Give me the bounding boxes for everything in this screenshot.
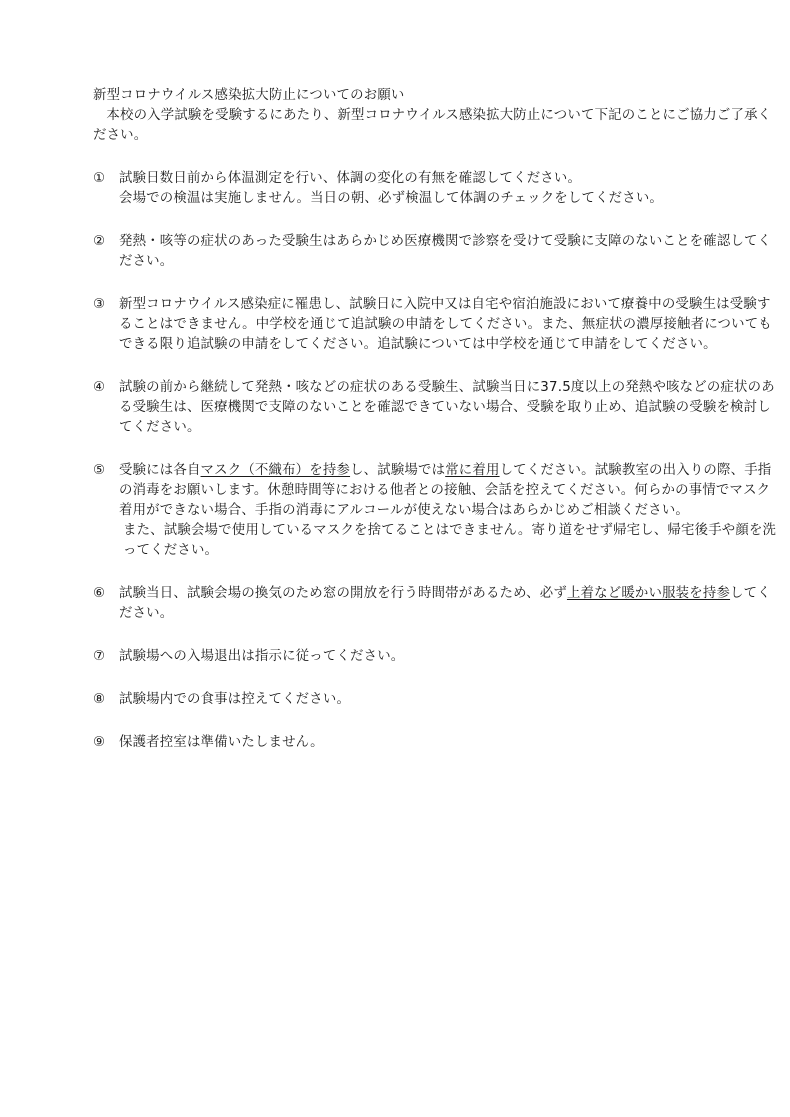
list-item: ⑤受験には各自マスク（不織布）を持参し、試験場では常に着用してください。試験教室… (93, 461, 783, 561)
list-item: ⑦試験場への入場退出は指示に従ってください。 (93, 647, 783, 667)
intro-paragraph: 本校の入学試験を受験するにあたり、新型コロナウイルス感染拡大防止について下記のこ… (93, 106, 783, 146)
text-segment: 発熱・咳等の症状のあった受験生はあらかじめ医療機関で診察を受けて受験に支障のない… (119, 234, 771, 269)
item-number: ④ (93, 378, 119, 438)
text-segment: し、試験場では (350, 463, 445, 478)
item-body: 試験の前から継続して発熱・咳などの症状のある受験生、試験当日に37.5度以上の発… (119, 378, 783, 438)
text-segment: 試験場への入場退出は指示に従ってください。 (119, 649, 404, 664)
text-segment: 受験には各自 (119, 463, 201, 478)
item-number: ⑨ (93, 733, 119, 753)
list-item: ④試験の前から継続して発熱・咳などの症状のある受験生、試験当日に37.5度以上の… (93, 378, 783, 438)
text-segment: 試験場内での食事は控えてください。 (119, 692, 350, 707)
item-body: 試験場内での食事は控えてください。 (119, 690, 783, 710)
text-segment: 会場での検温は実施しません。当日の朝、必ず検温して体調のチェックをしてください。 (119, 191, 663, 206)
document-page: 新型コロナウイルス感染拡大防止についてのお願い 本校の入学試験を受験するにあたり… (93, 86, 783, 776)
text-segment: 試験当日、試験会場の換気のため窓の開放を行う時間帯があるため、必ず (119, 586, 567, 601)
emphasized-text: 常に着用 (445, 463, 499, 478)
item-number: ① (93, 169, 119, 209)
list-item: ①試験日数日前から体温測定を行い、体調の変化の有無を確認してください。会場での検… (93, 169, 783, 209)
text-segment: 試験の前から継続して発熱・咳などの症状のある受験生、試験当日に37.5度以上の発… (119, 380, 775, 435)
item-body: 試験当日、試験会場の換気のため窓の開放を行う時間帯があるため、必ず上着など暖かい… (119, 584, 783, 624)
item-body: 保護者控室は準備いたしません。 (119, 733, 783, 753)
item-number: ⑧ (93, 690, 119, 710)
item-number: ③ (93, 295, 119, 355)
text-segment: 試験日数日前から体温測定を行い、体調の変化の有無を確認してください。 (119, 171, 581, 186)
text-segment: また、試験会場で使用しているマスクを捨てることはできません。寄り道をせず帰宅し、… (123, 523, 776, 558)
item-paragraph: 試験の前から継続して発熱・咳などの症状のある受験生、試験当日に37.5度以上の発… (119, 378, 783, 438)
item-body: 試験日数日前から体温測定を行い、体調の変化の有無を確認してください。会場での検温… (119, 169, 783, 209)
item-paragraph: 受験には各自マスク（不織布）を持参し、試験場では常に着用してください。試験教室の… (119, 461, 783, 521)
item-paragraph: また、試験会場で使用しているマスクを捨てることはできません。寄り道をせず帰宅し、… (119, 521, 783, 561)
item-paragraph: 発熱・咳等の症状のあった受験生はあらかじめ医療機関で診察を受けて受験に支障のない… (119, 232, 783, 272)
item-paragraph: 新型コロナウイルス感染症に罹患し、試験日に入院中又は自宅や宿泊施設において療養中… (119, 295, 783, 355)
item-number: ② (93, 232, 119, 272)
list-item: ⑥試験当日、試験会場の換気のため窓の開放を行う時間帯があるため、必ず上着など暖か… (93, 584, 783, 624)
item-paragraph: 試験場への入場退出は指示に従ってください。 (119, 647, 783, 667)
document-title: 新型コロナウイルス感染拡大防止についてのお願い (93, 86, 783, 106)
item-body: 試験場への入場退出は指示に従ってください。 (119, 647, 783, 667)
list-item: ⑧試験場内での食事は控えてください。 (93, 690, 783, 710)
item-body: 受験には各自マスク（不織布）を持参し、試験場では常に着用してください。試験教室の… (119, 461, 783, 561)
text-segment: 新型コロナウイルス感染症に罹患し、試験日に入院中又は自宅や宿泊施設において療養中… (119, 297, 772, 352)
item-paragraph: 試験日数日前から体温測定を行い、体調の変化の有無を確認してください。 (119, 169, 783, 189)
list-item: ③新型コロナウイルス感染症に罹患し、試験日に入院中又は自宅や宿泊施設において療養… (93, 295, 783, 355)
emphasized-text: マスク（不織布）を持参 (201, 463, 351, 478)
item-paragraph: 会場での検温は実施しません。当日の朝、必ず検温して体調のチェックをしてください。 (119, 189, 783, 209)
item-paragraph: 試験場内での食事は控えてください。 (119, 690, 783, 710)
item-number: ⑥ (93, 584, 119, 624)
emphasized-text: 上着など暖かい服装を持参 (567, 586, 730, 601)
item-number: ⑦ (93, 647, 119, 667)
item-paragraph: 保護者控室は準備いたしません。 (119, 733, 783, 753)
list-item: ⑨保護者控室は準備いたしません。 (93, 733, 783, 753)
item-body: 新型コロナウイルス感染症に罹患し、試験日に入院中又は自宅や宿泊施設において療養中… (119, 295, 783, 355)
item-paragraph: 試験当日、試験会場の換気のため窓の開放を行う時間帯があるため、必ず上着など暖かい… (119, 584, 783, 624)
request-list: ①試験日数日前から体温測定を行い、体調の変化の有無を確認してください。会場での検… (93, 169, 783, 753)
item-number: ⑤ (93, 461, 119, 561)
item-body: 発熱・咳等の症状のあった受験生はあらかじめ医療機関で診察を受けて受験に支障のない… (119, 232, 783, 272)
list-item: ②発熱・咳等の症状のあった受験生はあらかじめ医療機関で診察を受けて受験に支障のな… (93, 232, 783, 272)
text-segment: 保護者控室は準備いたしません。 (119, 735, 324, 750)
